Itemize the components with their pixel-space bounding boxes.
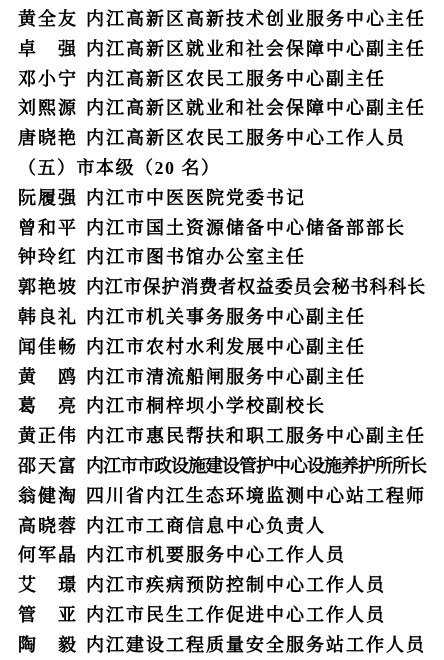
entry-row: 黄正伟内江市惠民帮扶和职工服务中心副主任 — [18, 422, 444, 452]
entry-row: 卓 强内江高新区就业和社会保障中心副主任 — [18, 35, 444, 65]
entry-title: 内江市机要服务中心工作人员 — [86, 541, 346, 571]
entry-row: 阮履强内江市中医医院党委书记 — [18, 184, 444, 214]
entry-row: 郭艳坡内江市保护消费者权益委员会秘书科科长 — [18, 273, 444, 303]
entry-name: 钟玲红 — [18, 243, 80, 273]
entry-name: 黄正伟 — [18, 422, 80, 452]
entry-name: 邵天富 — [18, 452, 80, 482]
entry-title: 内江市工商信息中心负责人 — [86, 512, 326, 542]
entry-name: 黄 鸥 — [18, 363, 80, 393]
entry-row: 何军晶内江市机要服务中心工作人员 — [18, 541, 444, 571]
entry-name: 郭艳坡 — [18, 273, 80, 303]
entry-row: 黄全友内江高新区高新技术创业服务中心主任 — [18, 5, 444, 35]
entry-title: 内江市民生工作促进中心工作人员 — [86, 601, 386, 631]
entry-title: 内江市清流船闸服务中心副主任 — [86, 363, 366, 393]
entry-title: 内江高新区农民工服务中心工作人员 — [86, 124, 406, 154]
entry-name: 翁健淘 — [18, 482, 80, 512]
entry-name: 卓 强 — [18, 35, 80, 65]
entry-name: 艾 璟 — [18, 571, 80, 601]
entry-row: 钟玲红内江市图书馆办公室主任 — [18, 243, 444, 273]
entry-title: 内江市惠民帮扶和职工服务中心副主任 — [86, 422, 426, 452]
entry-row: 闻佳畅内江市农村水利发展中心副主任 — [18, 333, 444, 363]
entry-name: 管 亚 — [18, 601, 80, 631]
entry-name: 阮履强 — [18, 184, 80, 214]
entry-name: 高晓蓉 — [18, 512, 80, 542]
entry-title: 内江市市政设施建设管护中心设施养护所所长 — [86, 452, 426, 482]
entry-row: 曾和平内江市国土资源储备中心储备部部长 — [18, 214, 444, 244]
entry-row: 陶 毅内江建设工程质量安全服务站工作人员 — [18, 631, 444, 660]
entry-title: 内江高新区高新技术创业服务中心主任 — [86, 5, 426, 35]
entry-title: 内江市农村水利发展中心副主任 — [86, 333, 366, 363]
entry-name: 唐晓艳 — [18, 124, 80, 154]
entry-name: 韩良礼 — [18, 303, 80, 333]
entry-name: 葛 亮 — [18, 392, 80, 422]
entry-row: 艾 璟内江市疾病预防控制中心工作人员 — [18, 571, 444, 601]
entry-name: 闻佳畅 — [18, 333, 80, 363]
entry-name: 曾和平 — [18, 214, 80, 244]
entry-row: 韩良礼内江市机关事务服务中心副主任 — [18, 303, 444, 333]
entry-title: 内江市保护消费者权益委员会秘书科科长 — [86, 273, 426, 303]
entry-row: 葛 亮内江市桐梓坝小学校副校长 — [18, 392, 444, 422]
entry-row: 翁健淘四川省内江生态环境监测中心站工程师 — [18, 482, 444, 512]
entry-title: 内江市机关事务服务中心副主任 — [86, 303, 366, 333]
entry-title: 四川省内江生态环境监测中心站工程师 — [86, 482, 426, 512]
entry-name: 何军晶 — [18, 541, 80, 571]
entry-name: 刘熙源 — [18, 94, 80, 124]
section-header: （五）市本级（20 名） — [18, 154, 444, 184]
entry-row: 黄 鸥内江市清流船闸服务中心副主任 — [18, 363, 444, 393]
entry-row: 高晓蓉内江市工商信息中心负责人 — [18, 512, 444, 542]
entry-row: 唐晓艳内江高新区农民工服务中心工作人员 — [18, 124, 444, 154]
entry-name: 邓小宁 — [18, 65, 80, 95]
entry-title: 内江市图书馆办公室主任 — [86, 243, 306, 273]
commendation-list-page: 黄全友内江高新区高新技术创业服务中心主任 卓 强内江高新区就业和社会保障中心副主… — [0, 0, 444, 660]
entry-title: 内江建设工程质量安全服务站工作人员 — [86, 631, 426, 660]
entry-name: 陶 毅 — [18, 631, 80, 660]
entry-title: 内江市国土资源储备中心储备部部长 — [86, 214, 406, 244]
entry-row: 邓小宁内江高新区农民工服务中心副主任 — [18, 65, 444, 95]
entry-title: 内江高新区农民工服务中心副主任 — [86, 65, 386, 95]
entry-title: 内江高新区就业和社会保障中心副主任 — [86, 35, 426, 65]
entry-row: 管 亚内江市民生工作促进中心工作人员 — [18, 601, 444, 631]
entry-title: 内江市疾病预防控制中心工作人员 — [86, 571, 386, 601]
entry-title: 内江市桐梓坝小学校副校长 — [86, 392, 326, 422]
entry-row: 刘熙源内江高新区就业和社会保障中心副主任 — [18, 94, 444, 124]
entry-title: 内江市中医医院党委书记 — [86, 184, 306, 214]
entries-container: 黄全友内江高新区高新技术创业服务中心主任 卓 强内江高新区就业和社会保障中心副主… — [18, 5, 444, 660]
entry-row: 邵天富内江市市政设施建设管护中心设施养护所所长 — [18, 452, 444, 482]
entry-title: 内江高新区就业和社会保障中心副主任 — [86, 94, 426, 124]
entry-name: 黄全友 — [18, 5, 80, 35]
